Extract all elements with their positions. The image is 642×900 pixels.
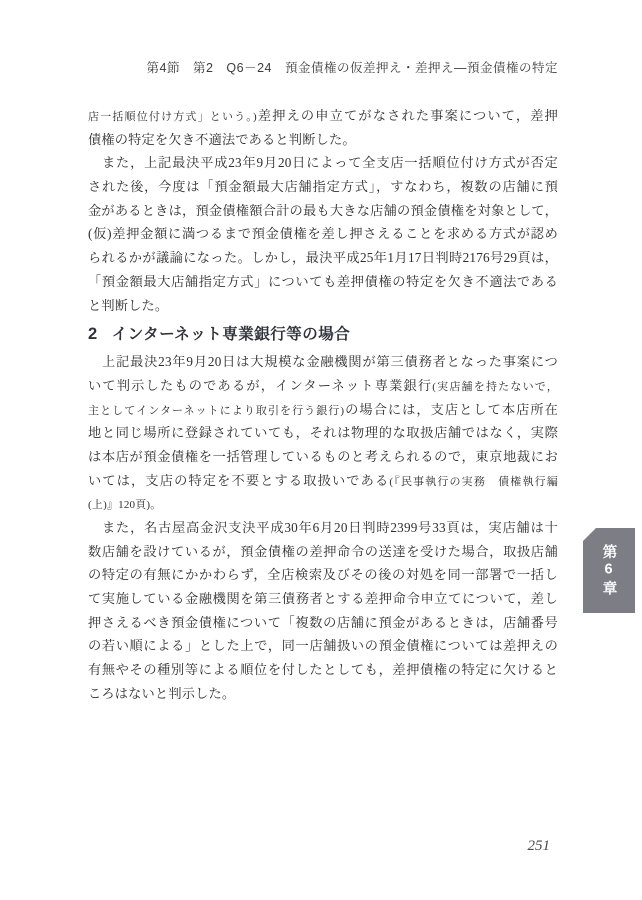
text-line: 押さえるべき預金債権について「複数の店舗に預金があるときは，店舗番号 (88, 611, 558, 635)
text-line: られるかが議論になった。しかし，最決平成25年1月17日判時2176号29頁は， (88, 246, 558, 270)
text-line: 金があるときは，預金債権額合計の最も大きな店舗の預金債権を対象として， (88, 199, 558, 223)
text-segment: いて判示したものであるが，インターネット専業銀行 (88, 378, 432, 393)
text-segment-small: 主としてインターネットにより取引を行う銀行) (88, 405, 344, 417)
text-line: は本店が預金債権を一括管理しているものと考えられるので，東京地裁にお (88, 445, 558, 469)
text-line: いて判示したものであるが，インターネット専業銀行(実店舗を持たないで， (88, 374, 558, 398)
text-line: 債権の特定を欠き不適法であると判断した。 (88, 128, 558, 152)
book-page: 第4節 第2 Q6－24 預金債権の仮差押え・差押え―預金債権の特定 店一括順位… (0, 0, 642, 900)
text-line: 地と同じ場所に登録されていても，それは物理的な取扱店舗ではなく，実際 (88, 421, 558, 445)
text-segment: また，上記最決平成23年9月20日によって全支店一括順位付け方式が否定 (88, 155, 558, 170)
text-line: 店一括順位付け方式」という。)差押えの申立てがなされた事案について，差押 (88, 104, 558, 128)
text-segment: 金があるときは，預金債権額合計の最も大きな店舗の預金債権を対象として， (88, 203, 558, 218)
text-segment-small: (上)』120頁)。 (88, 499, 162, 511)
text-segment: て実施している金融機関を第三債務者とする差押命令申立てについて，差し (88, 591, 558, 606)
text-segment: 押さえるべき預金債権について「複数の店舗に預金があるときは，店舗番号 (88, 615, 558, 630)
text-segment: られるかが議論になった。しかし，最決平成25年1月17日判時2176号29頁は， (88, 250, 558, 265)
text-line: (上)』120頁)。 (88, 492, 558, 516)
text-line: 数店舗を設けているが，預金債権の差押命令の送達を受けた場合，取扱店舗 (88, 540, 558, 564)
text-line: て実施している金融機関を第三債務者とする差押命令申立てについて，差し (88, 587, 558, 611)
chapter-tab: 第6章 (583, 528, 635, 613)
text-segment: 有無やその種別等による順位を付したとしても，差押債権の特定に欠けると (88, 662, 558, 677)
text-segment: 地と同じ場所に登録されていても，それは物理的な取扱店舗ではなく，実際 (88, 425, 558, 440)
text-segment: ころはないと判示した。 (88, 686, 235, 701)
text-segment: の特定の有無にかかわらず，全店検索及びその後の対処を同一部署で一括し (88, 567, 558, 582)
body-text: 店一括順位付け方式」という。)差押えの申立てがなされた事案について，差押債権の特… (88, 104, 558, 706)
page-number: 251 (88, 838, 550, 855)
section-title: インターネット専業銀行等の場合 (112, 326, 351, 343)
text-line: の特定の有無にかかわらず，全店検索及びその後の対処を同一部署で一括し (88, 563, 558, 587)
section-number: 2 (88, 319, 98, 349)
text-line: 主としてインターネットにより取引を行う銀行)の場合には，支店として本店所在 (88, 398, 558, 422)
text-line: また，上記最決平成23年9月20日によって全支店一括順位付け方式が否定 (88, 151, 558, 175)
text-segment: は本店が預金債権を一括管理しているものと考えられるので，東京地裁にお (88, 449, 558, 464)
text-segment: の場合には，支店として本店所在 (344, 402, 558, 417)
text-segment-small: 店一括順位付け方式」という。) (88, 111, 257, 123)
text-line: 有無やその種別等による順位を付したとしても，差押債権の特定に欠けると (88, 658, 558, 682)
text-line: また，名古屋高金沢支決平成30年6月20日判時2399号33頁は，実店舗は十 (88, 516, 558, 540)
text-segment: された後，今度は「預金額最大店舗指定方式」，すなわち，複数の店舗に預 (88, 179, 558, 194)
text-line: ころはないと判示した。 (88, 682, 558, 706)
chapter-tab-label: 第6章 (599, 544, 620, 598)
text-segment-small: (『民事執行の実務 債権執行編 (389, 476, 558, 488)
text-segment: 数店舗を設けているが，預金債権の差押命令の送達を受けた場合，取扱店舗 (88, 544, 558, 559)
text-segment: 債権の特定を欠き不適法であると判断した。 (88, 132, 356, 147)
text-line: 「預金額最大店舗指定方式」についても差押債権の特定を欠き不適法である (88, 270, 558, 294)
text-segment: 「預金額最大店舗指定方式」についても差押債権の特定を欠き不適法である (88, 274, 558, 289)
text-segment: また，名古屋高金沢支決平成30年6月20日判時2399号33頁は，実店舗は十 (88, 520, 558, 535)
text-segment: いては，支店の特定を不要とする取扱いである (88, 473, 389, 488)
section-heading: 2インターネット専業銀行等の場合 (88, 319, 558, 349)
text-line: された後，今度は「預金額最大店舗指定方式」，すなわち，複数の店舗に預 (88, 175, 558, 199)
text-line: (仮)差押金額に満つるまで預金債権を差し押さえることを求める方式が認め (88, 222, 558, 246)
text-line: と判断した。 (88, 294, 558, 318)
text-segment: 差押えの申立てがなされた事案について，差押 (257, 108, 558, 123)
text-line: 上記最決23年9月20日は大規模な金融機関が第三債務者となった事案につ (88, 350, 558, 374)
text-segment-small: (実店舗を持たないで， (432, 381, 558, 393)
text-segment: 上記最決23年9月20日は大規模な金融機関が第三債務者となった事案につ (88, 354, 558, 369)
text-segment: (仮)差押金額に満つるまで預金債権を差し押さえることを求める方式が認め (88, 226, 558, 241)
text-segment: と判断した。 (88, 298, 168, 313)
text-line: いては，支店の特定を不要とする取扱いである(『民事執行の実務 債権執行編 (88, 469, 558, 493)
running-header: 第4節 第2 Q6－24 預金債権の仮差押え・差押え―預金債権の特定 (88, 58, 558, 76)
text-segment: の若い順による」とした上で，同一店舗扱いの預金債権については差押えの (88, 638, 558, 653)
text-line: の若い順による」とした上で，同一店舗扱いの預金債権については差押えの (88, 634, 558, 658)
